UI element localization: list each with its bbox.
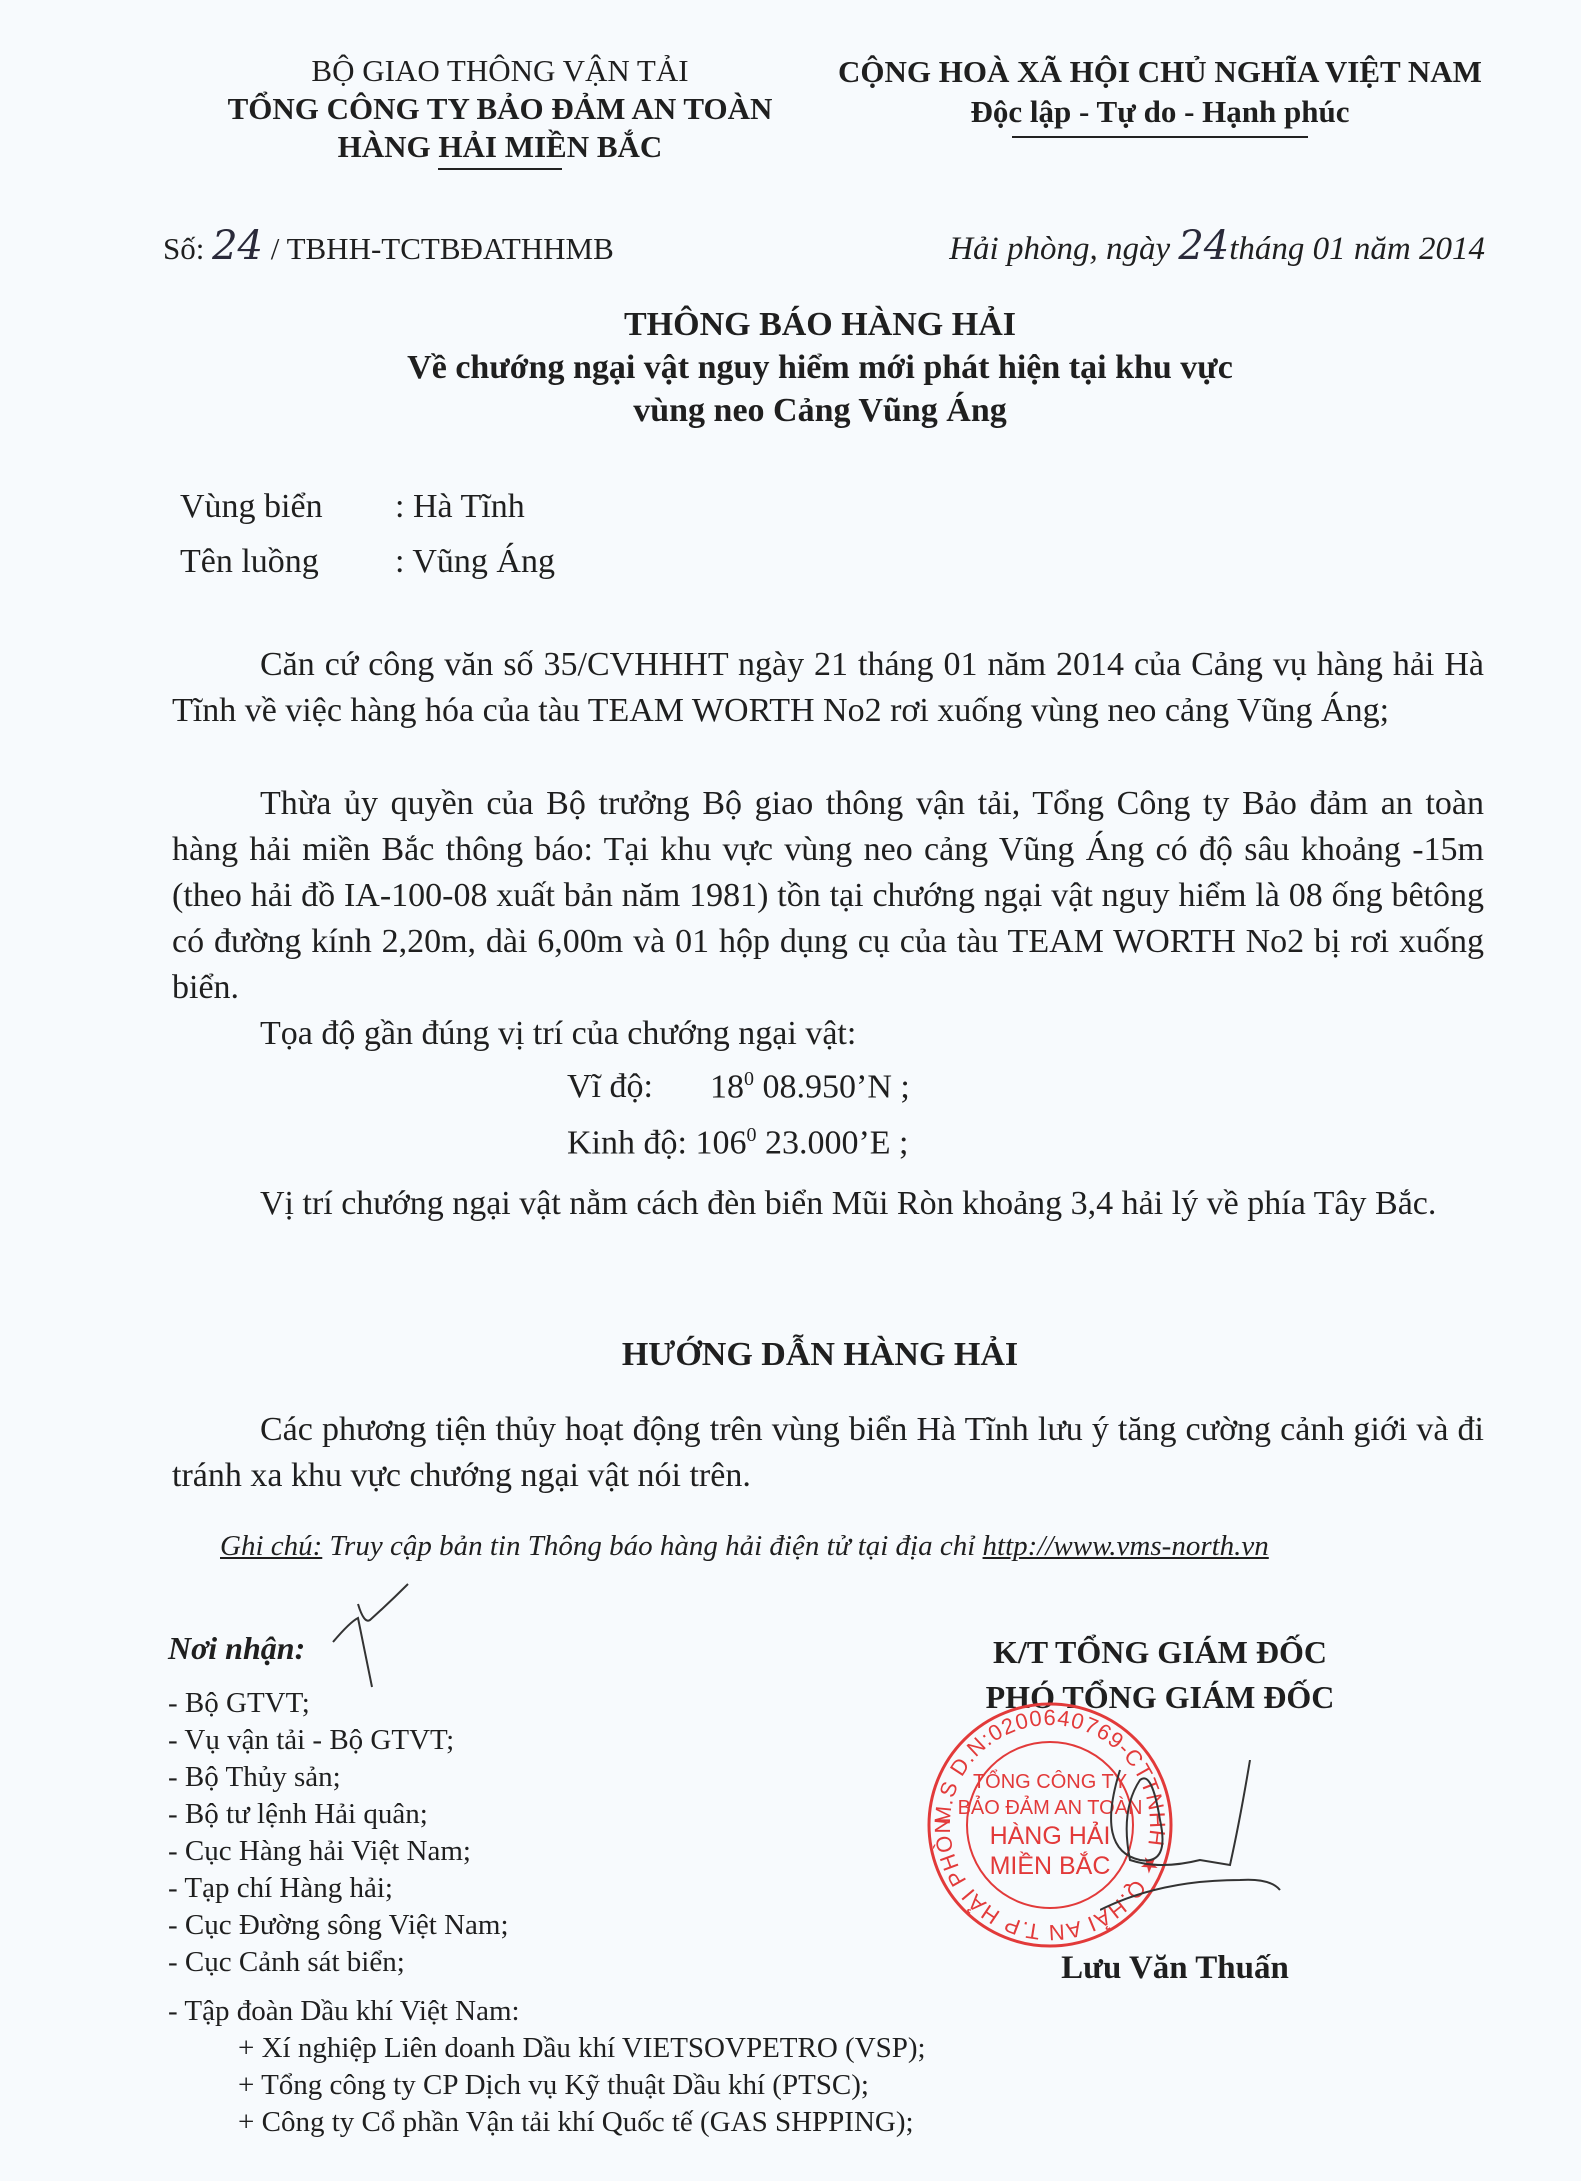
- recipient-item: - Bộ GTVT;: [168, 1685, 926, 1722]
- date-suffix: tháng 01 năm 2014: [1229, 231, 1485, 267]
- recipient-sub-item: + Công ty Cổ phần Vận tải khí Quốc tế (G…: [168, 2104, 926, 2141]
- recipient-item: - Cục Hàng hải Việt Nam;: [168, 1833, 926, 1870]
- recipients-list: - Bộ GTVT; - Vụ vận tải - Bộ GTVT; - Bộ …: [168, 1685, 926, 2141]
- guidance-text: Các phương tiện thủy hoạt động trên vùng…: [172, 1407, 1484, 1499]
- document-date: Hải phòng, ngày 24tháng 01 năm 2014: [835, 223, 1485, 269]
- degree-sup: 0: [746, 1124, 756, 1146]
- degree-sup: 0: [744, 1068, 754, 1090]
- company-name-line2: HÀNG HẢI MIỀN BẮC: [190, 128, 810, 166]
- recipient-sub-item: + Tổng công ty CP Dịch vụ Kỹ thuật Dầu k…: [168, 2067, 926, 2104]
- latitude-deg: 18: [710, 1068, 744, 1105]
- nation-name: CỘNG HOÀ XÃ HỘI CHỦ NGHĨA VIỆT NAM: [835, 52, 1485, 92]
- national-motto: Độc lập - Tự do - Hạnh phúc: [835, 92, 1485, 132]
- latitude-label: Vĩ độ:: [567, 1068, 710, 1106]
- latitude: Vĩ độ:180 08.950’N ;: [567, 1068, 910, 1106]
- handwritten-signature-icon: [1100, 1760, 1300, 1930]
- meta-value: : Vũng Áng: [395, 543, 555, 580]
- recipient-item: - Cục Đường sông Việt Nam;: [168, 1907, 926, 1944]
- meta-value: : Hà Tĩnh: [395, 488, 525, 525]
- coordinates-intro: Tọa độ gần đúng vị trí của chướng ngại v…: [172, 1011, 1484, 1057]
- paragraph-position: Vị trí chướng ngại vật nằm cách đèn biển…: [172, 1181, 1484, 1227]
- recipient-item: - Bộ tư lệnh Hải quân;: [168, 1796, 926, 1833]
- document-number: Số: 24 / TBHH-TCTBĐATHHMB: [163, 223, 614, 269]
- recipient-item: - Tạp chí Hàng hải;: [168, 1870, 926, 1907]
- title-sub-line2: vùng neo Cảng Vũng Áng: [150, 389, 1490, 432]
- longitude-deg: 106: [695, 1124, 746, 1161]
- longitude-rest: 23.000’E ;: [756, 1124, 908, 1161]
- meta-key: Tên luồng: [180, 543, 395, 581]
- recipient-item: - Cục Cảnh sát biển;: [168, 1944, 926, 1981]
- doc-number-suffix: / TBHH-TCTBĐATHHMB: [271, 231, 614, 266]
- paragraph-announcement: Thừa ủy quyền của Bộ trưởng Bộ giao thôn…: [172, 781, 1484, 1011]
- guidance-heading: HƯỚNG DẪN HÀNG HẢI: [150, 1336, 1490, 1374]
- header-divider: [438, 168, 562, 170]
- issuer-header: BỘ GIAO THÔNG VẬN TẢI TỔNG CÔNG TY BẢO Đ…: [190, 52, 810, 170]
- recipient-item: - Tập đoàn Dầu khí Việt Nam:: [168, 1993, 926, 2030]
- recipients-title: Nơi nhận:: [168, 1630, 305, 1667]
- title-sub-line1: Về chướng ngại vật nguy hiểm mới phát hi…: [150, 346, 1490, 389]
- longitude: Kinh độ: 1060 23.000’E ;: [567, 1124, 909, 1162]
- longitude-label: Kinh độ:: [567, 1124, 687, 1161]
- seal-line4: MIỀN BẮC: [990, 1851, 1111, 1881]
- initials-mark-icon: [330, 1582, 410, 1692]
- meta-channel: Tên luồng: Vũng Áng: [180, 543, 555, 581]
- motto-divider: [1012, 136, 1308, 138]
- doc-number-handwritten: 24: [212, 223, 263, 269]
- national-header: CỘNG HOÀ XÃ HỘI CHỦ NGHĨA VIỆT NAM Độc l…: [835, 52, 1485, 138]
- seal-line3: HÀNG HẢI: [990, 1821, 1111, 1851]
- meta-key: Vùng biển: [180, 488, 395, 526]
- signer-name: Lưu Văn Thuấn: [950, 1950, 1400, 1987]
- note-text: Truy cập bản tin Thông báo hàng hải điện…: [322, 1530, 982, 1562]
- company-name-line1: TỔNG CÔNG TY BẢO ĐẢM AN TOÀN: [190, 90, 810, 128]
- recipient-sub-item: + Xí nghiệp Liên doanh Dầu khí VIETSOVPE…: [168, 2030, 926, 2067]
- paragraph-basis: Căn cứ công văn số 35/CVHHHT ngày 21 thá…: [172, 642, 1484, 734]
- recipient-item: - Vụ vận tải - Bộ GTVT;: [168, 1722, 926, 1759]
- note-label: Ghi chú:: [220, 1530, 322, 1562]
- signature-line1: K/T TỔNG GIÁM ĐỐC: [950, 1630, 1370, 1675]
- title-main: THÔNG BÁO HÀNG HẢI: [150, 303, 1490, 346]
- recipient-item: - Bộ Thủy sản;: [168, 1759, 926, 1796]
- doc-number-label: Số:: [163, 231, 204, 266]
- ministry-name: BỘ GIAO THÔNG VẬN TẢI: [190, 52, 810, 90]
- note-link[interactable]: http://www.vms-north.vn: [983, 1530, 1269, 1562]
- note: Ghi chú: Truy cập bản tin Thông báo hàng…: [220, 1530, 1269, 1563]
- document-title: THÔNG BÁO HÀNG HẢI Về chướng ngại vật ng…: [150, 303, 1490, 432]
- date-day-handwritten: 24: [1178, 223, 1229, 269]
- date-prefix: Hải phòng, ngày: [949, 231, 1170, 267]
- latitude-rest: 08.950’N ;: [754, 1068, 910, 1105]
- meta-sea-area: Vùng biển: Hà Tĩnh: [180, 488, 525, 526]
